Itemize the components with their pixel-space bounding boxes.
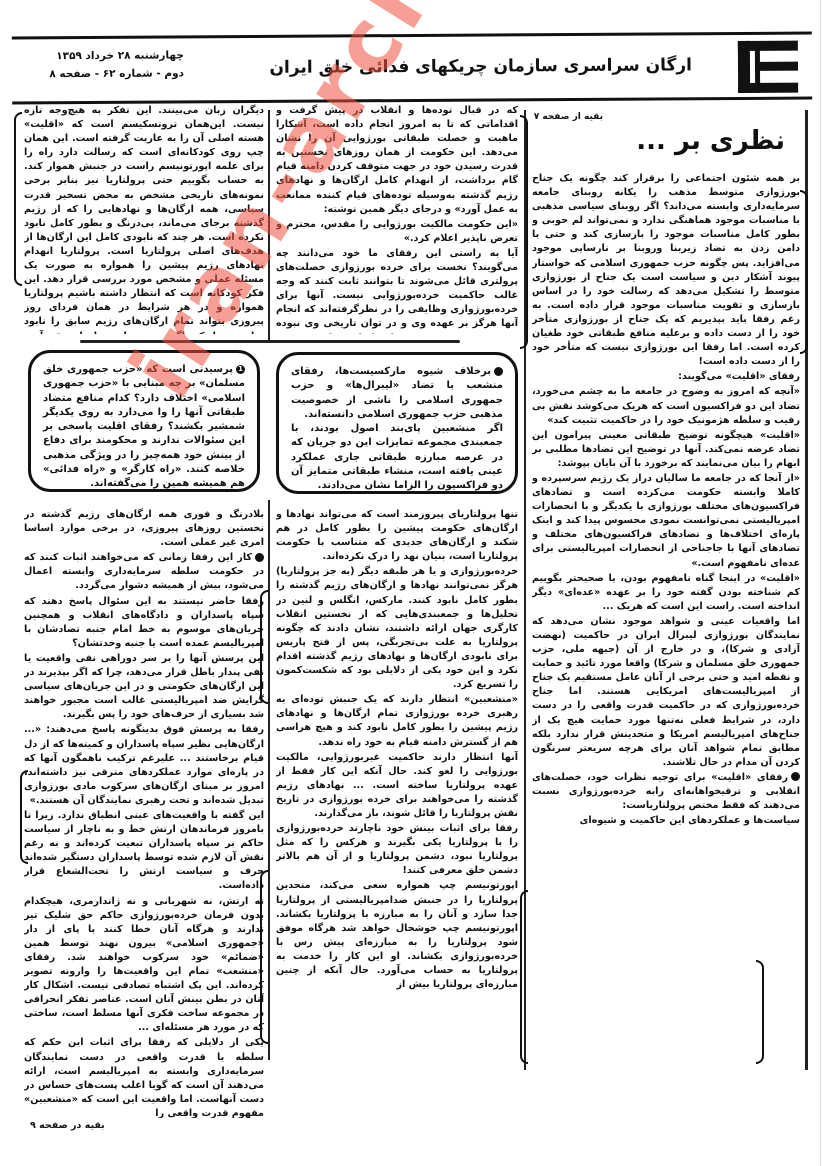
paragraph: این پرسش آنها را بر سر دوراهی نفی واقعیت… bbox=[24, 652, 264, 722]
margin-bracket-mark bbox=[20, 770, 28, 864]
continued-on-label: بقیه در صفحه ۹ bbox=[30, 1120, 105, 1131]
column-right: بر همه شئون اجتماعی را برقرار کند چگونه … bbox=[532, 172, 800, 1072]
paragraph: بلادرنگ و فوری همه ارگان‌های رژیم گذشته … bbox=[24, 508, 264, 550]
article-headline: نظری بر ... bbox=[636, 126, 785, 156]
newspaper-page: ارگان سراسری سازمان چریکهای فدائی خلق ای… bbox=[0, 0, 825, 1166]
scan-edge bbox=[820, 0, 821, 1166]
paragraph: نه ارتش، نه شهربانی و نه ژاندارمری، هیچک… bbox=[24, 895, 264, 1036]
paragraph: آنها انتظار دارند حاکمیت غیربورژوایی، ما… bbox=[276, 751, 518, 821]
paragraph: سیاست‌ها و عملکردهای این حاکمیت و شیوه‌ا… bbox=[532, 814, 800, 828]
margin-bracket-mark bbox=[260, 590, 268, 704]
numbered-bullet-icon: 1 bbox=[236, 365, 245, 374]
margin-bracket-mark bbox=[756, 960, 764, 1064]
paragraph: اما واقعیات عینی و شواهد موجود نشان می‌د… bbox=[532, 615, 800, 770]
column-left-bottom: بلادرنگ و فوری همه ارگان‌های رژیم گذشته … bbox=[24, 508, 264, 1118]
paragraph: اپورتونیسم چپ همواره سعی می‌کند، متحدین … bbox=[276, 879, 518, 992]
margin-bracket-mark bbox=[260, 870, 268, 1044]
continued-from-label: بقیه از صفحه ۷ bbox=[534, 112, 603, 122]
bullet-icon bbox=[255, 553, 264, 562]
sidebar-box-left: 1پرسیدنی است که «حزب جمهوری خلق مسلمان» … bbox=[28, 350, 260, 492]
column-left-top: دیگران زبان می‌بینند. این تفکر به هیچ‌وج… bbox=[24, 104, 264, 334]
masthead-title: ارگان سراسری سازمان چریکهای فدائی خلق ای… bbox=[269, 55, 692, 78]
paragraph: «این حکومت مالکیت بورژوایی را مقدس، محتر… bbox=[276, 218, 518, 246]
paragraph: خرده‌بورژوازی و یا هر طبقه دیگر (به جز پ… bbox=[276, 565, 518, 692]
sidebar-box-right: برخلاف شیوه مارکسیست‌ها، رفقای منشعب با … bbox=[276, 352, 518, 494]
paragraph: رفقا به پرسش فوق بدینگونه پاسخ می‌دهند: … bbox=[24, 723, 264, 808]
margin-bracket-mark bbox=[520, 890, 528, 1064]
paragraph: رفقای «اقلیت» می‌گویند: bbox=[532, 370, 800, 384]
masthead: ارگان سراسری سازمان چریکهای فدائی خلق ای… bbox=[12, 32, 812, 105]
margin-bracket-mark bbox=[520, 115, 528, 349]
paragraph: کار این رفقا زمانی که می‌خواهند اثبات کن… bbox=[24, 551, 264, 593]
masthead-date-issue: چهارشنبه ۲۸ خرداد ۱۳۵۹ دوم - شماره ۶۲ - … bbox=[34, 46, 184, 83]
paragraph: که در قبال توده‌ها و انقلاب در پیش گرفت … bbox=[276, 104, 518, 217]
paragraph: رفقا برای اثبات بینش خود ناچارند خرده‌بو… bbox=[276, 822, 518, 878]
issue-number: دوم - شماره ۶۲ - صفحه ۸ bbox=[34, 64, 184, 83]
paragraph: «اقلیت» هیچگونه توضیح طبقاتی معینی پیرام… bbox=[532, 429, 800, 471]
paragraph: این گفته با واقعیت‌های عینی انطباق ندارد… bbox=[24, 809, 264, 894]
paragraph: تنها پرولتاریای پیروزمند است که می‌تواند… bbox=[276, 508, 518, 564]
paragraph: بر همه شئون اجتماعی را برقرار کند چگونه … bbox=[532, 172, 800, 369]
column-divider bbox=[268, 500, 270, 1060]
paragraph: رفقای «اقلیت» برای توجیه نظرات خود، خصلت… bbox=[532, 771, 800, 813]
paragraph: یکی از دلایلی که رفقا برای اثبات این حکم… bbox=[24, 1036, 264, 1118]
margin-bracket-mark bbox=[14, 112, 22, 286]
kar-logo-icon bbox=[738, 41, 798, 93]
bullet-icon bbox=[791, 772, 800, 781]
column-divider bbox=[268, 110, 270, 340]
margin-bracket-mark bbox=[800, 190, 808, 354]
paragraph: دیگران زبان می‌بینند. این تفکر به هیچ‌وج… bbox=[24, 104, 264, 334]
paragraph: رفقا حاضر نیستند به این سئوال پاسخ دهند … bbox=[24, 595, 264, 651]
paragraph: «اقلیت» در اینجا گناه نامفهوم بودن، یا ص… bbox=[532, 572, 800, 614]
paragraph: «آنچه که امروز به وضوح در جامعه ما به چش… bbox=[532, 385, 800, 427]
paragraph: «از آنجا که در جامعه ما سالیان دراز یک ر… bbox=[532, 472, 800, 571]
section-divider bbox=[80, 340, 460, 343]
column-middle-top: که در قبال توده‌ها و انقلاب در پیش گرفت … bbox=[276, 104, 518, 334]
paragraph: «منشعبین» انتظار دارند که یک جنبش توده‌ا… bbox=[276, 693, 518, 749]
issue-date: چهارشنبه ۲۸ خرداد ۱۳۵۹ bbox=[34, 46, 184, 65]
bullet-icon bbox=[494, 367, 503, 376]
column-middle-bottom: تنها پرولتاریای پیروزمند است که می‌تواند… bbox=[276, 508, 518, 1078]
paragraph: آیا به راستی این رفقای ما خود می‌دانند چ… bbox=[276, 247, 518, 334]
